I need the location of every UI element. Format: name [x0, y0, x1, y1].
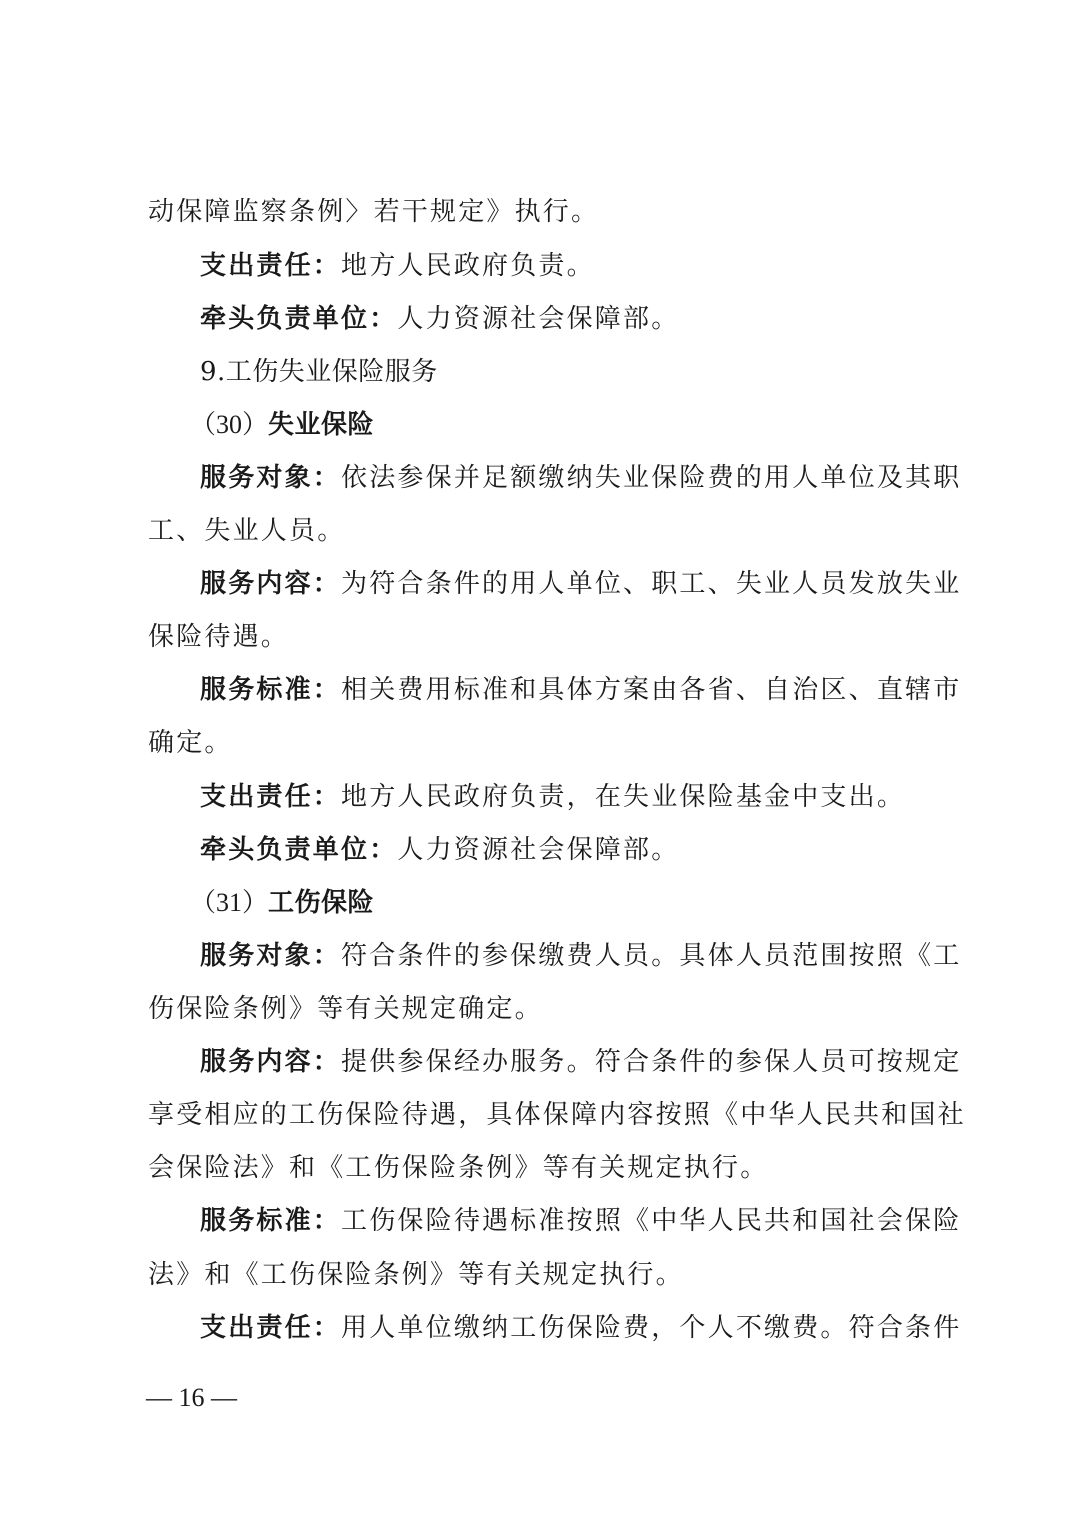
- expense-responsibility-line: 支出责任：地方人民政府负责，在失业保险基金中支出。: [200, 777, 928, 817]
- line-text: 确定。: [148, 728, 233, 758]
- field-label: 服务内容：: [200, 569, 341, 599]
- service-standard-line: 服务标准：相关费用标准和具体方案由各省、自治区、直辖市: [200, 670, 928, 710]
- field-label: 服务标准：: [200, 675, 341, 705]
- item-title: 失业保险: [268, 410, 374, 440]
- field-label: 支出责任：: [200, 251, 341, 281]
- field-value: 用人单位缴纳工伤保险费，个人不缴费。符合条件: [341, 1313, 961, 1343]
- field-value: 为符合条件的用人单位、职工、失业人员发放失业: [341, 569, 961, 599]
- line-text: 会保险法》和《工伤保险条例》等有关规定执行。: [148, 1153, 768, 1183]
- field-value: 地方人民政府负责，在失业保险基金中支出。: [341, 782, 905, 812]
- paragraph-line: 保险待遇。: [148, 617, 928, 657]
- field-label: 服务对象：: [200, 463, 341, 493]
- line-text: 动保障监察条例〉若干规定》执行。: [148, 197, 599, 227]
- field-label: 支出责任：: [200, 1313, 341, 1343]
- field-value: 提供参保经办服务。符合条件的参保人员可按规定: [341, 1047, 961, 1077]
- paragraph-line: 动保障监察条例〉若干规定》执行。: [148, 192, 928, 232]
- field-label: 服务标准：: [200, 1206, 341, 1236]
- paragraph-line: 伤保险条例》等有关规定确定。: [148, 989, 928, 1029]
- paragraph-line: 确定。: [148, 723, 928, 763]
- field-value: 人力资源社会保障部。: [397, 304, 679, 334]
- page-number: — 16 —: [146, 1380, 237, 1416]
- field-label: 服务内容：: [200, 1047, 341, 1077]
- item-31-heading: （31）工伤保险: [190, 883, 970, 923]
- paragraph-line: 会保险法》和《工伤保险条例》等有关规定执行。: [148, 1148, 928, 1188]
- field-value: 人力资源社会保障部。: [397, 835, 679, 865]
- expense-responsibility-line: 支出责任：用人单位缴纳工伤保险费，个人不缴费。符合条件: [200, 1308, 928, 1348]
- service-target-line: 服务对象：符合条件的参保缴费人员。具体人员范围按照《工: [200, 936, 928, 976]
- field-value: 地方人民政府负责。: [341, 251, 595, 281]
- field-value: 符合条件的参保缴费人员。具体人员范围按照《工: [341, 941, 961, 971]
- item-title: 工伤保险: [268, 888, 374, 918]
- paragraph-line: 法》和《工伤保险条例》等有关规定执行。: [148, 1255, 928, 1295]
- field-value: 依法参保并足额缴纳失业保险费的用人单位及其职: [341, 463, 961, 493]
- line-text: 工、失业人员。: [148, 516, 345, 546]
- section-heading-text: 9.工伤失业保险服务: [200, 357, 438, 387]
- field-value: 相关费用标准和具体方案由各省、自治区、直辖市: [341, 675, 961, 705]
- line-text: 享受相应的工伤保险待遇，具体保障内容按照《中华人民共和国社: [148, 1100, 966, 1130]
- document-page: 动保障监察条例〉若干规定》执行。 支出责任：地方人民政府负责。 牵头负责单位：人…: [0, 0, 1074, 1520]
- field-label: 牵头负责单位：: [200, 835, 397, 865]
- field-value: 工伤保险待遇标准按照《中华人民共和国社会保险: [341, 1206, 961, 1236]
- paragraph-line: 工、失业人员。: [148, 511, 928, 551]
- service-target-line: 服务对象：依法参保并足额缴纳失业保险费的用人单位及其职: [200, 458, 928, 498]
- field-label: 牵头负责单位：: [200, 304, 397, 334]
- field-label: 服务对象：: [200, 941, 341, 971]
- line-text: 法》和《工伤保险条例》等有关规定执行。: [148, 1260, 684, 1290]
- section-9-heading: 9.工伤失业保险服务: [200, 352, 928, 392]
- expense-responsibility-line: 支出责任：地方人民政府负责。: [200, 246, 928, 286]
- item-30-heading: （30）失业保险: [190, 405, 970, 445]
- line-text: 保险待遇。: [148, 622, 289, 652]
- item-number: （31）: [190, 888, 268, 917]
- field-label: 支出责任：: [200, 782, 341, 812]
- paragraph-line: 享受相应的工伤保险待遇，具体保障内容按照《中华人民共和国社: [148, 1095, 928, 1135]
- service-standard-line: 服务标准：工伤保险待遇标准按照《中华人民共和国社会保险: [200, 1201, 928, 1241]
- lead-unit-line: 牵头负责单位：人力资源社会保障部。: [200, 299, 928, 339]
- lead-unit-line: 牵头负责单位：人力资源社会保障部。: [200, 830, 928, 870]
- item-number: （30）: [190, 410, 268, 439]
- line-text: 伤保险条例》等有关规定确定。: [148, 994, 543, 1024]
- service-content-line: 服务内容：提供参保经办服务。符合条件的参保人员可按规定: [200, 1042, 928, 1082]
- service-content-line: 服务内容：为符合条件的用人单位、职工、失业人员发放失业: [200, 564, 928, 604]
